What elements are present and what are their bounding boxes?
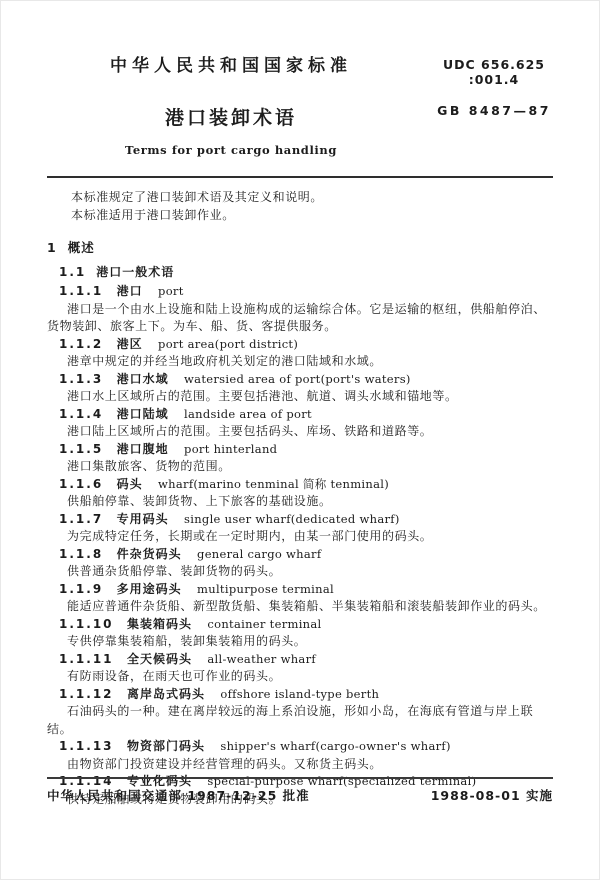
term-name-en: port <box>158 284 184 298</box>
term-line: 1.1.8 件杂货码头 general cargo wharf <box>59 546 555 564</box>
term-name-en: offshore island-type berth <box>220 687 379 701</box>
term-line: 1.1.6 码头 wharf(marino tenminal 简称 tenmin… <box>59 476 555 494</box>
term-item: 1.1.11 全天候码头 all-weather wharf 有防雨设备，在雨天… <box>47 651 555 686</box>
term-item: 1.1.2 港区 port area(port district) 港章中规定的… <box>47 336 555 371</box>
term-definition: 专供停靠集装箱船，装卸集装箱用的码头。 <box>47 633 555 651</box>
term-definition: 能适应普通件杂货船、新型散货船、集装箱船、半集装箱船和滚装船装卸作业的码头。 <box>47 598 555 616</box>
term-item: 1.1.6 码头 wharf(marino tenminal 简称 tenmin… <box>47 476 555 511</box>
term-definition: 供船舶停靠、装卸货物、上下旅客的基础设施。 <box>47 493 555 511</box>
term-definition: 港口水上区域所占的范围。主要包括港池、航道、调头水域和锚地等。 <box>47 388 555 406</box>
term-name-cn: 港口水域 <box>117 372 169 386</box>
subsection-heading: 1.1港口一般术语 <box>59 264 555 282</box>
term-line: 1.1.12 离岸岛式码头 offshore island-type berth <box>59 686 555 704</box>
term-line: 1.1.2 港区 port area(port district) <box>59 336 555 354</box>
section-number: 1 <box>47 240 58 255</box>
subsection-number: 1.1 <box>59 265 86 279</box>
term-item: 1.1.7 专用码头 single user wharf(dedicated w… <box>47 511 555 546</box>
standard-code: GB 8487—87 <box>425 103 563 118</box>
term-number: 1.1.8 <box>59 547 103 561</box>
header: 中华人民共和国国家标准 港口装卸术语 Terms for port cargo … <box>1 1 599 157</box>
term-name-cn: 离岸岛式码头 <box>127 687 205 701</box>
term-definition: 供普通杂货船停靠、装卸货物的码头。 <box>47 563 555 581</box>
term-number: 1.1.5 <box>59 442 103 456</box>
term-name-en: landside area of port <box>184 407 312 421</box>
document-body: 本标准规定了港口装卸术语及其定义和说明。 本标准适用于港口装卸作业。 1概述 1… <box>47 189 555 808</box>
header-title-block: 中华人民共和国国家标准 港口装卸术语 Terms for port cargo … <box>47 51 425 157</box>
term-name-en: single user wharf(dedicated wharf) <box>184 512 400 526</box>
term-name-en: general cargo wharf <box>197 547 321 561</box>
term-name-en: all-weather wharf <box>207 652 316 666</box>
term-name-cn: 多用途码头 <box>117 582 182 596</box>
term-line: 1.1.1 港口 port <box>59 283 555 301</box>
term-name-cn: 港口 <box>117 284 143 298</box>
applicability-paragraph: 本标准适用于港口装卸作业。 <box>47 207 555 225</box>
term-line: 1.1.5 港口腹地 port hinterland <box>59 441 555 459</box>
term-line: 1.1.4 港口陆域 landside area of port <box>59 406 555 424</box>
term-line: 1.1.7 专用码头 single user wharf(dedicated w… <box>59 511 555 529</box>
term-number: 1.1.10 <box>59 617 114 631</box>
term-name-en: container terminal <box>207 617 321 631</box>
term-item: 1.1.8 件杂货码头 general cargo wharf 供普通杂货船停靠… <box>47 546 555 581</box>
term-item: 1.1.13 物资部门码头 shipper's wharf(cargo-owne… <box>47 738 555 773</box>
footer: 中华人民共和国交通部 1987-12-25 批准 1988-08-01 实施 <box>47 777 553 804</box>
term-definition: 港口是一个由水上设施和陆上设施构成的运输综合体。它是运输的枢纽，供船舶停泊、货物… <box>47 301 555 336</box>
udc-number-line1: UDC 656.625 <box>425 57 563 72</box>
doc-title-en: Terms for port cargo handling <box>47 143 415 157</box>
term-name-cn: 港口陆域 <box>117 407 169 421</box>
term-line: 1.1.9 多用途码头 multipurpose terminal <box>59 581 555 599</box>
section-title: 概述 <box>68 240 95 255</box>
doc-title-cn: 港口装卸术语 <box>47 103 415 130</box>
term-number: 1.1.9 <box>59 582 103 596</box>
term-name-en: port hinterland <box>184 442 277 456</box>
term-definition: 为完成特定任务，长期或在一定时期内，由某一部门使用的码头。 <box>47 528 555 546</box>
term-item: 1.1.3 港口水域 watersied area of port(port's… <box>47 371 555 406</box>
term-name-en: wharf(marino tenminal 简称 tenminal) <box>158 477 389 491</box>
term-name-cn: 件杂货码头 <box>117 547 182 561</box>
subsection-title: 港口一般术语 <box>96 265 174 279</box>
term-name-en: shipper's wharf(cargo-owner's wharf) <box>220 739 450 753</box>
term-number: 1.1.13 <box>59 739 114 753</box>
term-item: 1.1.4 港口陆域 landside area of port 港口陆上区域所… <box>47 406 555 441</box>
term-item: 1.1.1 港口 port 港口是一个由水上设施和陆上设施构成的运输综合体。它是… <box>47 283 555 336</box>
term-definition: 港章中规定的并经当地政府机关划定的港口陆域和水域。 <box>47 353 555 371</box>
term-name-cn: 码头 <box>117 477 143 491</box>
term-name-cn: 专用码头 <box>117 512 169 526</box>
term-number: 1.1.2 <box>59 337 103 351</box>
term-name-cn: 港口腹地 <box>117 442 169 456</box>
term-name-cn: 全天候码头 <box>127 652 192 666</box>
term-item: 1.1.5 港口腹地 port hinterland 港口集散旅客、货物的范围。 <box>47 441 555 476</box>
term-number: 1.1.11 <box>59 652 114 666</box>
term-number: 1.1.3 <box>59 372 103 386</box>
term-definition: 港口陆上区域所占的范围。主要包括码头、库场、铁路和道路等。 <box>47 423 555 441</box>
term-definition: 有防雨设备，在雨天也可作业的码头。 <box>47 668 555 686</box>
term-definition: 由物资部门投资建设并经营管理的码头。又称货主码头。 <box>47 756 555 774</box>
terms-list: 1.1.1 港口 port 港口是一个由水上设施和陆上设施构成的运输综合体。它是… <box>47 283 555 808</box>
term-number: 1.1.6 <box>59 477 103 491</box>
term-name-en: watersied area of port(port's waters) <box>184 372 411 386</box>
national-standard-label: 中华人民共和国国家标准 <box>47 51 415 76</box>
approval-text: 中华人民共和国交通部 1987-12-25 批准 <box>47 786 310 804</box>
term-line: 1.1.10 集装箱码头 container terminal <box>59 616 555 634</box>
header-codes-block: UDC 656.625 :001.4 GB 8487—87 <box>425 51 563 157</box>
section-heading: 1概述 <box>47 239 555 257</box>
term-item: 1.1.10 集装箱码头 container terminal 专供停靠集装箱船… <box>47 616 555 651</box>
udc-number-line2: :001.4 <box>425 72 563 87</box>
term-number: 1.1.1 <box>59 284 103 298</box>
term-name-cn: 集装箱码头 <box>127 617 192 631</box>
term-definition: 石油码头的一种。建在离岸较远的海上系泊设施，形如小岛，在海底有管道与岸上联结。 <box>47 703 555 738</box>
term-line: 1.1.3 港口水域 watersied area of port(port's… <box>59 371 555 389</box>
document-page: 中华人民共和国国家标准 港口装卸术语 Terms for port cargo … <box>0 0 600 880</box>
term-name-en: multipurpose terminal <box>197 582 334 596</box>
header-rule <box>47 176 553 178</box>
term-line: 1.1.13 物资部门码头 shipper's wharf(cargo-owne… <box>59 738 555 756</box>
scope-paragraph: 本标准规定了港口装卸术语及其定义和说明。 <box>47 189 555 207</box>
term-number: 1.1.7 <box>59 512 103 526</box>
term-name-en: port area(port district) <box>158 337 298 351</box>
term-item: 1.1.9 多用途码头 multipurpose terminal 能适应普通件… <box>47 581 555 616</box>
term-number: 1.1.12 <box>59 687 114 701</box>
term-item: 1.1.12 离岸岛式码头 offshore island-type berth… <box>47 686 555 739</box>
term-name-cn: 港区 <box>117 337 143 351</box>
term-line: 1.1.11 全天候码头 all-weather wharf <box>59 651 555 669</box>
term-definition: 港口集散旅客、货物的范围。 <box>47 458 555 476</box>
term-name-cn: 物资部门码头 <box>127 739 205 753</box>
term-number: 1.1.4 <box>59 407 103 421</box>
effective-date: 1988-08-01 实施 <box>431 786 553 804</box>
